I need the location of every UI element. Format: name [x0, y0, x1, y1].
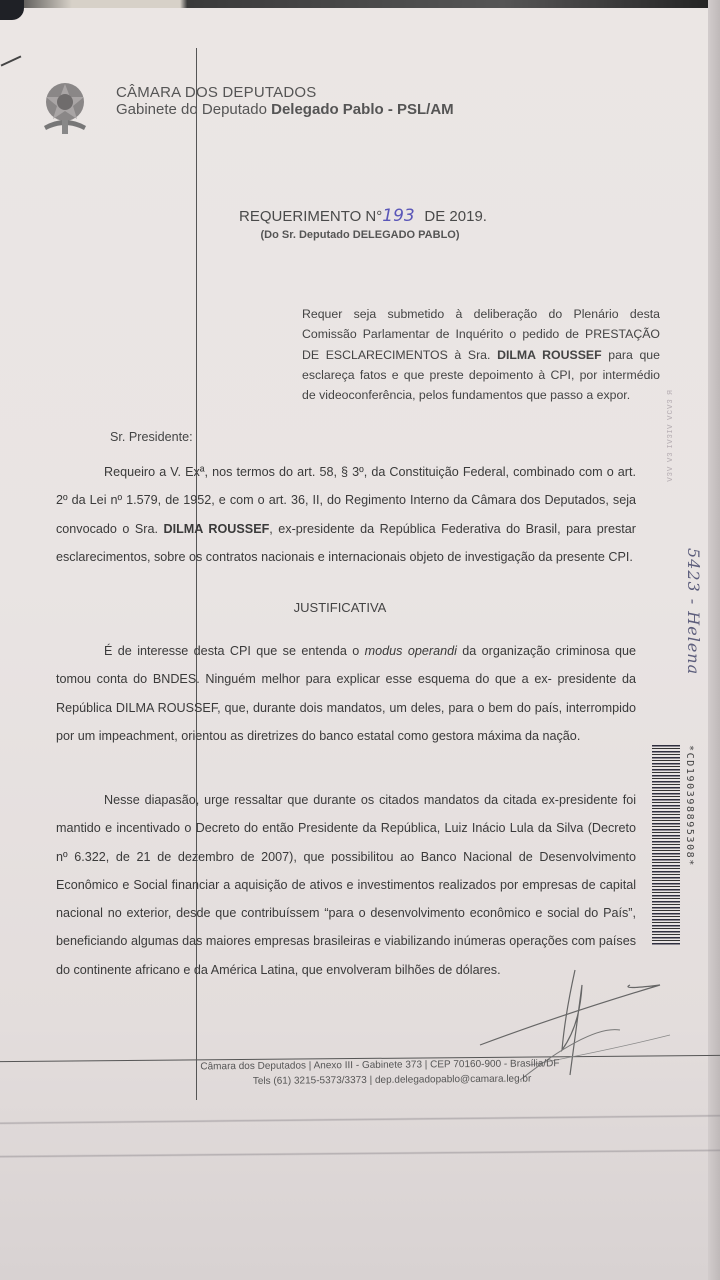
barcode-number: *CD190398895308* — [684, 745, 695, 867]
ementa-summary: Requer seja submetido à deliberação do P… — [302, 304, 660, 405]
handwritten-margin-note: 5423 - Helena — [684, 548, 703, 675]
document-author: (Do Sr. Deputado DELEGADO PABLO) — [0, 229, 720, 241]
office-name: Gabinete do Deputado Delegado Pablo - PS… — [116, 101, 454, 118]
request-paragraph: Requeiro a V. Exª, nos termos do art. 58… — [56, 458, 636, 571]
barcode-icon — [652, 745, 680, 945]
brazil-coat-of-arms-icon — [40, 78, 90, 138]
background-top-strip — [0, 0, 720, 8]
footer-address: Câmara dos Deputados | Anexo III - Gabin… — [0, 1055, 720, 1091]
title-suffix: DE 2019. — [424, 208, 487, 225]
document-title: REQUERIMENTO N°193 DE 2019. (Do Sr. Depu… — [0, 206, 720, 241]
title-prefix: REQUERIMENTO N° — [239, 208, 382, 225]
justification-heading: JUSTIFICATIVA — [0, 600, 680, 615]
letterhead: CÂMARA DOS DEPUTADOS Gabinete do Deputad… — [116, 85, 454, 118]
institution-name: CÂMARA DOS DEPUTADOS — [116, 85, 454, 101]
handwritten-number: 193 — [382, 206, 420, 226]
salutation: Sr. Presidente: — [110, 430, 193, 444]
faint-stamp: ʁ ɛʌɔʌ ʌɪɛʌɪ ɛʌ ʌɛʌ — [665, 390, 675, 483]
justification-paragraph-1: É de interesse desta CPI que se entenda … — [56, 637, 636, 750]
page-edge-shadow — [708, 0, 720, 1280]
